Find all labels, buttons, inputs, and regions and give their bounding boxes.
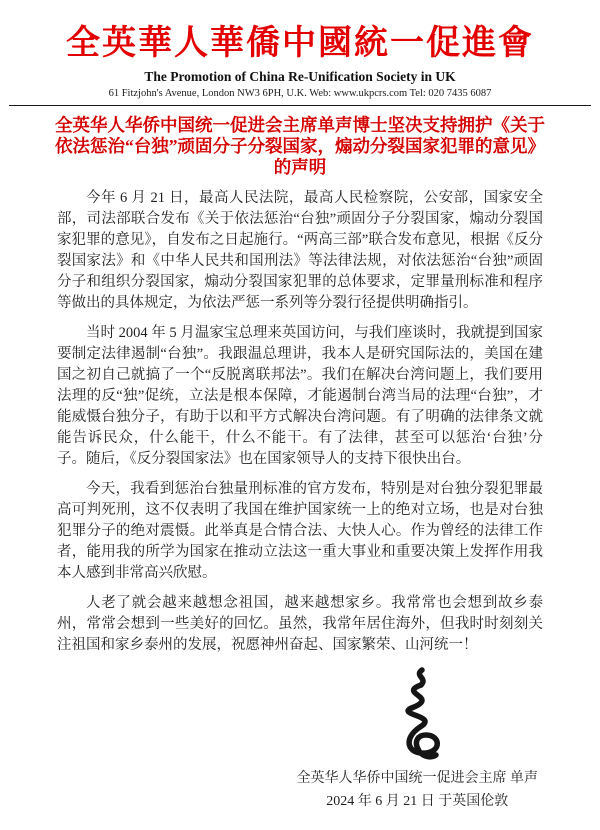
paragraph-2: 当时 2004 年 5 月温家宝总理来英国访问，与我们座谈时，我就提到国家要制定… xyxy=(57,323,543,470)
statement-title: 全英华人华侨中国统一促进会主席单声博士坚决支持拥护《关于依法惩治“台独”顽固分子… xyxy=(50,115,550,178)
paragraph-1: 今年 6 月 21 日，最高人民法院，最高人民检察院，公安部，国家安全部，司法部… xyxy=(57,188,543,314)
org-name-english: The Promotion of China Re-Unification So… xyxy=(0,70,600,85)
handwritten-signature-image xyxy=(378,665,456,761)
statement-document: 全英華人華僑中國統一促進會 The Promotion of China Re-… xyxy=(0,0,600,830)
letterhead-divider xyxy=(9,105,591,106)
org-name-chinese: 全英華人華僑中國統一促進會 xyxy=(0,24,600,63)
letterhead: 全英華人華僑中國統一促進會 The Promotion of China Re-… xyxy=(0,0,600,100)
paragraph-3: 今天，我看到惩治台独量刑标准的官方发布，特别是对台独分裂犯罪最高可判死刑，这不仅… xyxy=(57,479,543,584)
signoff-name-line: 全英华人华侨中国统一促进会主席 单声 xyxy=(297,767,539,790)
signoff-block: 全英华人华侨中国统一促进会主席 单声 2024 年 6 月 21 日 于英国伦敦 xyxy=(0,665,600,813)
statement-body: 今年 6 月 21 日，最高人民法院，最高人民检察院，公安部，国家安全部，司法部… xyxy=(57,188,543,656)
org-address-line: 61 Fitzjohn's Avenue, London NW3 6PH, U.… xyxy=(0,87,600,100)
paragraph-4: 人老了就会越来越想念祖国，越来越想家乡。我常常也会想到故乡泰州，常常会想到一些美… xyxy=(57,593,543,656)
signoff-date-line: 2024 年 6 月 21 日 于英国伦敦 xyxy=(297,790,539,813)
